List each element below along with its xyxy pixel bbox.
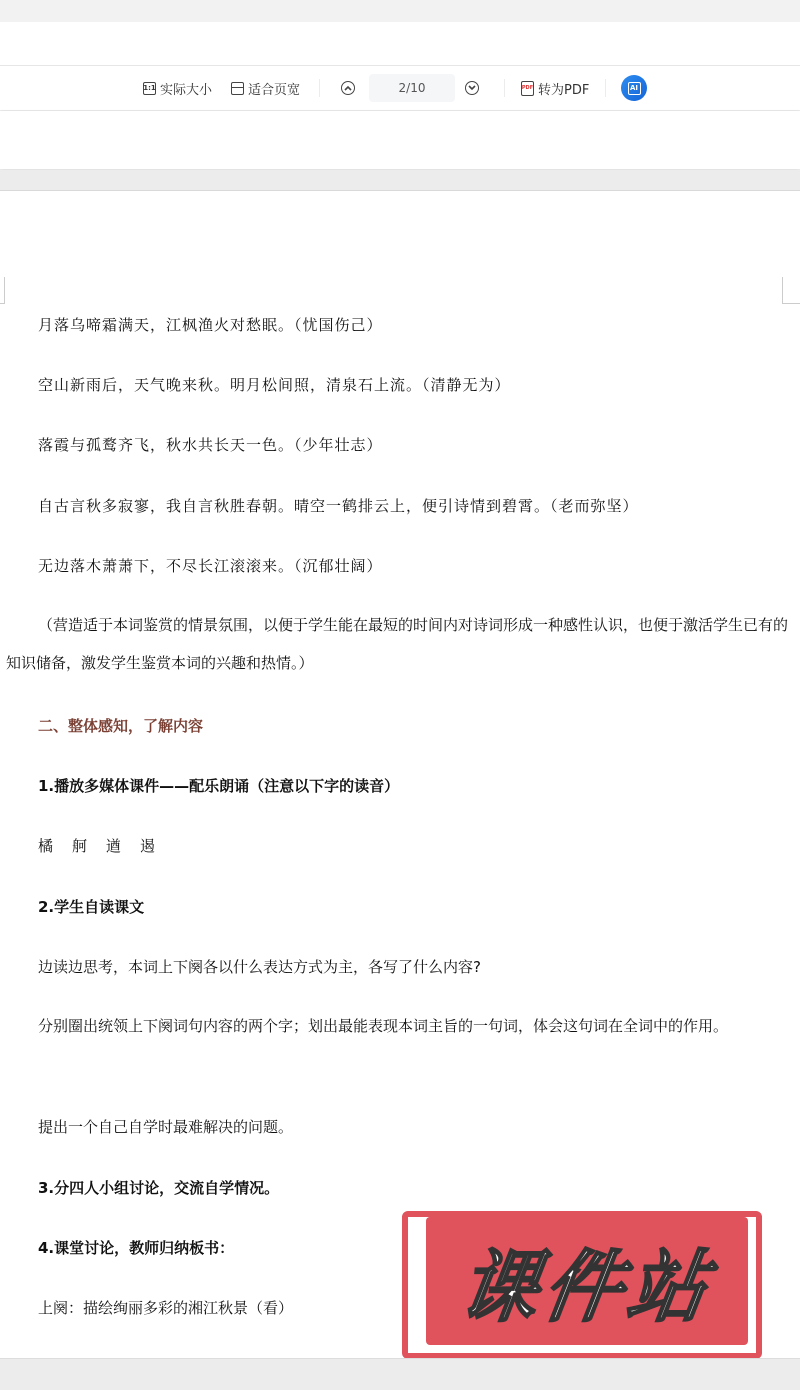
header-bar [0, 22, 800, 66]
page-number-input[interactable]: 2/10 [369, 74, 455, 102]
poem-line: 无边落木萧萧下，不尽长江滚滚来。（沉郁壮阔） [38, 555, 383, 576]
actual-size-icon: 1:1 [143, 82, 156, 95]
page-margin-mark [782, 277, 800, 304]
fit-width-button[interactable]: 适合页宽 [231, 66, 300, 110]
toolbar-divider [605, 79, 606, 97]
ai-assistant-icon: AI [628, 82, 641, 95]
board-note: 上阕：描绘绚丽多彩的湘江秋景（看） [38, 1297, 293, 1318]
prev-page-button[interactable] [341, 66, 355, 110]
chevron-up-circle-icon [341, 81, 355, 95]
fit-width-icon [231, 82, 244, 95]
page-gap [0, 170, 800, 191]
pdf-icon: PDF [521, 81, 534, 96]
poem-line: 月落乌啼霜满天，江枫渔火对愁眠。（忧国伤己） [38, 314, 383, 335]
step-heading: 4.课堂讨论，教师归纳板书： [38, 1237, 234, 1258]
ai-assistant-button[interactable]: AI [621, 75, 647, 101]
chevron-down-circle-icon [465, 81, 479, 95]
page-indicator: 2/10 [399, 81, 426, 95]
poem-line: 空山新雨后，天气晚来秋。明月松间照，清泉石上流。（清静无为） [38, 374, 511, 395]
toolbar-divider [319, 79, 320, 97]
watermark-text: 课件站 [453, 1225, 721, 1337]
step-heading: 1.播放多媒体课件——配乐朗诵（注意以下字的读音） [38, 775, 399, 796]
question-text: 分别圈出统领上下阕词句内容的两个字；划出最能表现本词主旨的一句词，体会这句词在全… [6, 1007, 796, 1045]
convert-pdf-label: 转为PDF [538, 79, 589, 98]
step-heading: 3.分四人小组讨论，交流自学情况。 [38, 1177, 279, 1198]
poem-line: 自古言秋多寂寥，我自言秋胜春朝。晴空一鹤排云上，便引诗情到碧霄。（老而弥坚） [38, 495, 639, 516]
question-text: 提出一个自己自学时最难解决的问题。 [38, 1116, 293, 1137]
next-page-button[interactable] [465, 66, 479, 110]
step-heading: 2.学生自读课文 [38, 896, 144, 917]
toolbar-divider [504, 79, 505, 97]
fit-width-label: 适合页宽 [248, 79, 300, 98]
pronunciation-chars: 橘 舸 遒 遏 [38, 835, 157, 856]
watermark-stamp: 课件站 [398, 1205, 768, 1360]
toolbar-spacer [0, 111, 800, 169]
poem-line: 落霞与孤鹜齐飞，秋水共长天一色。（少年壮志） [38, 434, 383, 455]
window-top-strip [0, 0, 800, 22]
convert-pdf-button[interactable]: PDF 转为PDF [521, 66, 589, 110]
actual-size-button[interactable]: 1:1 实际大小 [143, 66, 212, 110]
section-heading: 二、整体感知，了解内容 [38, 715, 203, 736]
question-text: 边读边思考，本词上下阕各以什么表达方式为主，各写了什么内容? [38, 956, 481, 977]
bottom-page-gap [0, 1358, 800, 1390]
teaching-note: （营造适于本词鉴赏的情景氛围，以便于学生能在最短的时间内对诗词形成一种感性认识，… [6, 606, 796, 682]
stamp-fill: 课件站 [426, 1217, 748, 1345]
page-margin-mark [0, 277, 5, 304]
actual-size-label: 实际大小 [160, 79, 212, 98]
